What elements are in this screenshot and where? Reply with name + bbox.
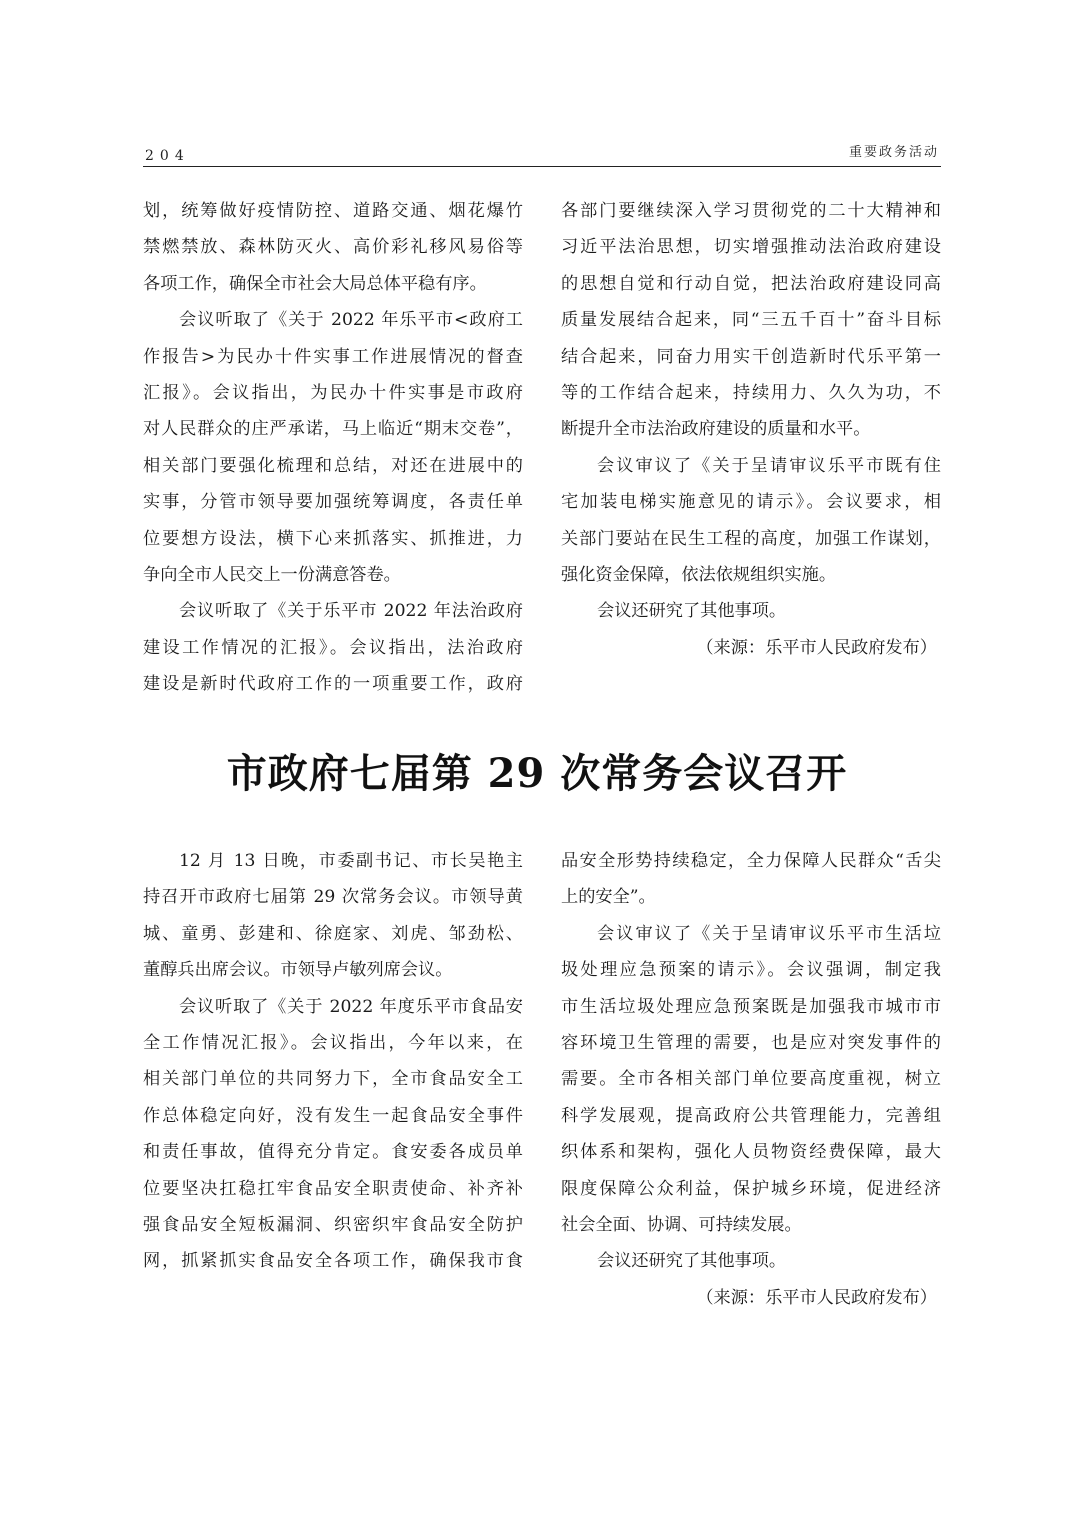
text-line: 习近平法治思想，切实增强推动法治政府建设 — [561, 229, 941, 265]
text-line: 科学发展观，提高政府公共管理能力，完善组 — [561, 1098, 941, 1134]
article2-left-column: 12 月 13 日晚，市委副书记、市长吴艳主持召开市政府七届第 29 次常务会议… — [143, 843, 523, 1280]
text-line: 会议还研究了其他事项。 — [561, 1243, 941, 1279]
text-line: 市生活垃圾处理应急预案既是加强我市城市市 — [561, 989, 941, 1025]
text-line: 会议还研究了其他事项。 — [561, 593, 941, 629]
text-line: 质量发展结合起来，同“三五千百十”奋斗目标 — [561, 302, 941, 338]
text-line: 董醇兵出席会议。市领导卢敏列席会议。 — [143, 952, 523, 988]
article1-right-column: 各部门要继续深入学习贯彻党的二十大精神和习近平法治思想，切实增强推动法治政府建设… — [561, 193, 941, 666]
text-line: 品安全形势持续稳定，全力保障人民群众“舌尖 — [561, 843, 941, 879]
text-line: 建设工作情况的汇报》。会议指出，法治政府 — [143, 630, 523, 666]
text-line: （来源：乐平市人民政府发布） — [561, 1280, 941, 1316]
text-line: 结合起来，同奋力用实干创造新时代乐平第一 — [561, 339, 941, 375]
text-line: 宅加装电梯实施意见的请示》。会议要求，相 — [561, 484, 941, 520]
text-line: 强化资金保障，依法依规组织实施。 — [561, 557, 941, 593]
text-line: 会议听取了《关于 2022 年度乐平市食品安 — [143, 989, 523, 1025]
text-line: 对人民群众的庄严承诺，马上临近“期末交卷”， — [143, 411, 523, 447]
text-line: 上的安全”。 — [561, 879, 941, 915]
text-line: 会议审议了《关于呈请审议乐平市既有住 — [561, 448, 941, 484]
text-line: 划，统筹做好疫情防控、道路交通、烟花爆竹 — [143, 193, 523, 229]
text-line: 争向全市人民交上一份满意答卷。 — [143, 557, 523, 593]
text-line: 位要想方设法，横下心来抓落实、抓推进，力 — [143, 521, 523, 557]
text-line: 各部门要继续深入学习贯彻党的二十大精神和 — [561, 193, 941, 229]
text-line: 会议审议了《关于呈请审议乐平市生活垃 — [561, 916, 941, 952]
page-header: 204 重要政务活动 — [143, 138, 941, 167]
text-line: 持召开市政府七届第 29 次常务会议。市领导黄 — [143, 879, 523, 915]
text-line: 容环境卫生管理的需要，也是应对突发事件的 — [561, 1025, 941, 1061]
text-line: 12 月 13 日晚，市委副书记、市长吴艳主 — [143, 843, 523, 879]
article1-left-column: 划，统筹做好疫情防控、道路交通、烟花爆竹禁燃禁放、森林防灭火、高价彩礼移风易俗等… — [143, 193, 523, 702]
text-line: 相关部门单位的共同努力下，全市食品安全工 — [143, 1061, 523, 1097]
text-line: 相关部门要强化梳理和总结，对还在进展中的 — [143, 448, 523, 484]
text-line: 网，抓紧抓实食品安全各项工作，确保我市食 — [143, 1243, 523, 1279]
text-line: 作总体稳定向好，没有发生一起食品安全事件 — [143, 1098, 523, 1134]
text-line: 作报告>为民办十件实事工作进展情况的督查 — [143, 339, 523, 375]
text-line: 限度保障公众利益，保护城乡环境，促进经济 — [561, 1171, 941, 1207]
text-line: 各项工作，确保全市社会大局总体平稳有序。 — [143, 266, 523, 302]
text-line: （来源：乐平市人民政府发布） — [561, 630, 941, 666]
article2-right-column: 品安全形势持续稳定，全力保障人民群众“舌尖上的安全”。会议审议了《关于呈请审议乐… — [561, 843, 941, 1316]
text-line: 建设是新时代政府工作的一项重要工作，政府 — [143, 666, 523, 702]
text-line: 需要。全市各相关部门单位要高度重视，树立 — [561, 1061, 941, 1097]
text-line: 强食品安全短板漏洞、织密织牢食品安全防护 — [143, 1207, 523, 1243]
text-line: 禁燃禁放、森林防灭火、高价彩礼移风易俗等 — [143, 229, 523, 265]
page-number: 204 — [145, 148, 190, 164]
text-line: 关部门要站在民生工程的高度，加强工作谋划， — [561, 521, 941, 557]
section-name: 重要政务活动 — [849, 141, 939, 160]
text-line: 位要坚决扛稳扛牢食品安全职责使命、补齐补 — [143, 1171, 523, 1207]
text-line: 会议听取了《关于乐平市 2022 年法治政府 — [143, 593, 523, 629]
text-line: 断提升全市法治政府建设的质量和水平。 — [561, 411, 941, 447]
text-line: 的思想自觉和行动自觉，把法治政府建设同高 — [561, 266, 941, 302]
text-line: 和责任事故，值得充分肯定。食安委各成员单 — [143, 1134, 523, 1170]
text-line: 全工作情况汇报》。会议指出，今年以来，在 — [143, 1025, 523, 1061]
text-line: 社会全面、协调、可持续发展。 — [561, 1207, 941, 1243]
article-title: 市政府七届第 29 次常务会议召开 — [0, 742, 1074, 799]
text-line: 会议听取了《关于 2022 年乐平市<政府工 — [143, 302, 523, 338]
text-line: 汇报》。会议指出，为民办十件实事是市政府 — [143, 375, 523, 411]
text-line: 织体系和架构，强化人员物资经费保障，最大 — [561, 1134, 941, 1170]
text-line: 圾处理应急预案的请示》。会议强调，制定我 — [561, 952, 941, 988]
text-line: 城、童勇、彭建和、徐庭家、刘虎、邹劲松、 — [143, 916, 523, 952]
text-line: 等的工作结合起来，持续用力、久久为功，不 — [561, 375, 941, 411]
text-line: 实事，分管市领导要加强统筹调度，各责任单 — [143, 484, 523, 520]
